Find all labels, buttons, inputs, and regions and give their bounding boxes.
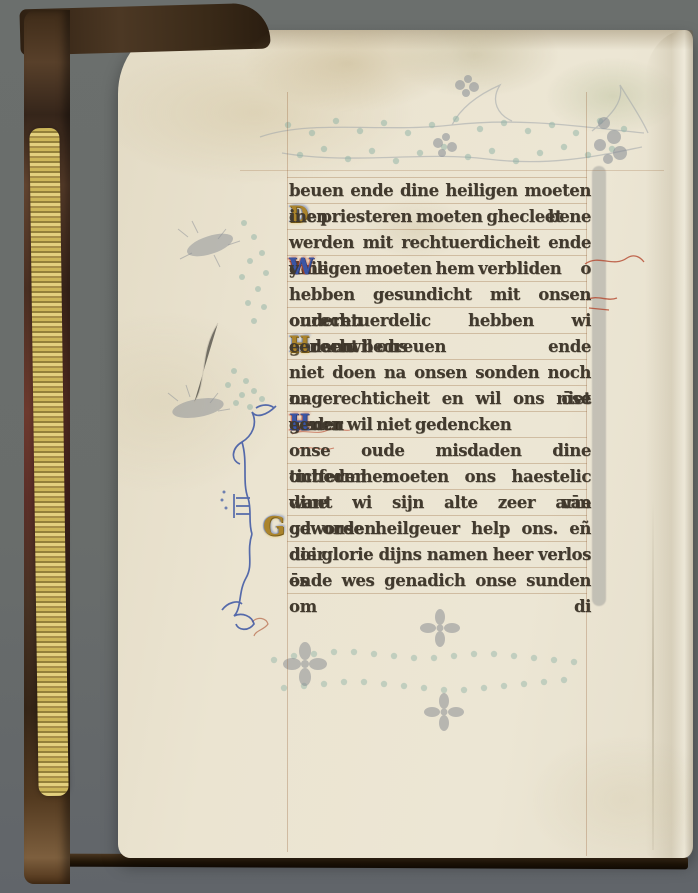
text-segment: y	[289, 256, 298, 282]
text-line: want wi sijn alte zeer arm geworden.	[289, 490, 591, 516]
text-segment: eer en wil ons	[289, 334, 407, 360]
text-line: heiligen moeten hem verbliden Wy	[289, 256, 591, 282]
text-line: onrecht bedreuen Heer en wil ons	[289, 334, 591, 360]
text-line: dien Dine priesteren moeten ghecleet	[289, 204, 591, 230]
showthrough-border-bar	[592, 166, 606, 606]
illuminated-initial-G: G	[263, 516, 285, 538]
text-line: werden mit rechtuerdicheit ende dine o	[289, 230, 591, 256]
text-line: onrechtuerdelic hebben wi gedaen ende	[289, 308, 591, 334]
text-segment: ende wes genadich onse sunden om di	[289, 568, 591, 620]
text-line: geuen Heer en wil niet gedencken	[289, 412, 591, 438]
text-line: ticheden moeten ons haestelic dine vāe	[289, 464, 591, 490]
text-line: niet doen na onsen sonden noch na ōse	[289, 360, 591, 386]
text-segment: heiligen moeten hem verbliden	[289, 256, 561, 282]
text-line: ongerechticheit en wil ons niet weder	[289, 386, 591, 412]
text-line: hebben gesundicht mit onsen ouderen	[289, 282, 591, 308]
page-crease	[652, 500, 654, 850]
manuscript-photo: beuen ende dine heiligen moeten di bene …	[0, 0, 698, 893]
text-segment: ine priesteren moeten ghecleet	[289, 204, 562, 230]
text-line: beuen ende dine heiligen moeten di bene	[289, 178, 591, 204]
text-line: die glorie dijns namen heer verlos ōs	[289, 542, 591, 568]
ruling-line-top	[240, 170, 664, 171]
text-segment: eer en wil niet gedencken	[289, 412, 511, 438]
text-line: ende wes genadich onse sunden om di	[289, 568, 591, 594]
text-line: onse oude misdaden dine ontfermher	[289, 438, 591, 464]
text-line: God onse heilgeuer help ons. eñ doir	[289, 516, 591, 542]
